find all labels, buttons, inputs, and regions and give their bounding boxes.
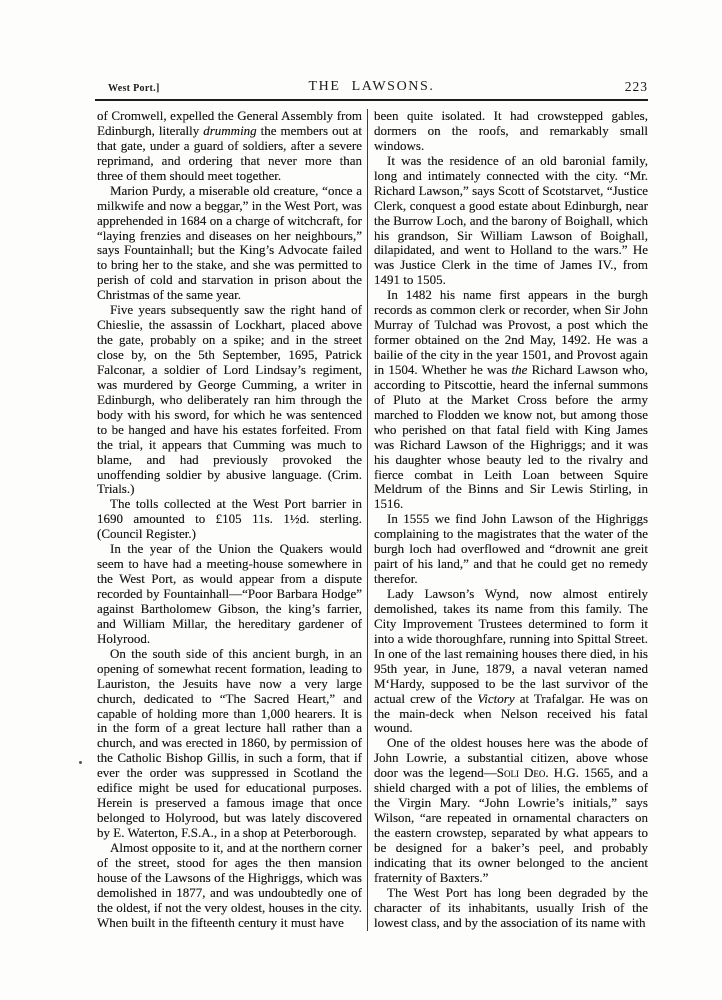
column-left: of Cromwell, expelled the General Assemb… [97, 109, 362, 931]
text-run: The West Port has long been degraded by … [374, 885, 648, 930]
text-run: Richard Lawson who, according to Pitscot… [374, 362, 648, 511]
paragraph: In 1555 we find John Lawson of the Highr… [374, 512, 648, 587]
column-right: been quite isolated. It had crowstepped … [374, 109, 648, 931]
text-run: It was the residence of an old baronial … [374, 153, 648, 288]
paragraph: It was the residence of an old baronial … [374, 154, 648, 288]
text-columns: of Cromwell, expelled the General Assemb… [97, 109, 648, 931]
paragraph: The West Port has long been degraded by … [374, 886, 648, 931]
paragraph: In the year of the Union the Quakers wou… [97, 542, 362, 647]
text-run: Victory [477, 691, 514, 706]
text-run: The tolls collected at the West Port bar… [97, 496, 362, 541]
paragraph: Five years subsequently saw the right ha… [97, 303, 362, 497]
paragraph: In 1482 his name first appears in the bu… [374, 288, 648, 512]
paragraph: On the south side of this ancient burgh,… [97, 647, 362, 841]
paragraph: of Cromwell, expelled the General Assemb… [97, 109, 362, 184]
text-run: drumming [203, 123, 256, 138]
text-run: been quite isolated. It had crowstepped … [374, 108, 648, 153]
text-run: In 1555 we find John Lawson of the Highr… [374, 511, 648, 586]
column-divider [367, 109, 368, 931]
text-run: Five years subsequently saw the right ha… [97, 302, 362, 496]
paragraph: been quite isolated. It had crowstepped … [374, 109, 648, 154]
text-run: Soli Deo. [497, 765, 549, 780]
text-run: On the south side of this ancient burgh,… [97, 646, 362, 840]
paragraph: The tolls collected at the West Port bar… [97, 497, 362, 542]
text-run: the [511, 362, 527, 377]
text-run: H.G. 1565, and a shield charged with a p… [374, 765, 648, 885]
scan-speck [79, 761, 82, 764]
header-rule [95, 99, 648, 101]
paragraph: One of the oldest houses here was the ab… [374, 736, 648, 885]
text-run: Marion Purdy, a miserable old creature, … [97, 183, 362, 303]
running-header-title: THE LAWSONS. [95, 79, 648, 95]
text-run: Almost opposite to it, and at the northe… [97, 840, 362, 930]
paragraph: Almost opposite to it, and at the northe… [97, 841, 362, 931]
paragraph: Lady Lawson’s Wynd, now almost entirely … [374, 587, 648, 736]
paragraph: Marion Purdy, a miserable old creature, … [97, 184, 362, 304]
book-page: West Port.] THE LAWSONS. 223 of Cromwell… [0, 0, 722, 1000]
page-number: 223 [625, 79, 648, 95]
text-run: Lady Lawson’s Wynd, now almost entirely … [374, 586, 648, 706]
text-run: In the year of the Union the Quakers wou… [97, 541, 362, 646]
